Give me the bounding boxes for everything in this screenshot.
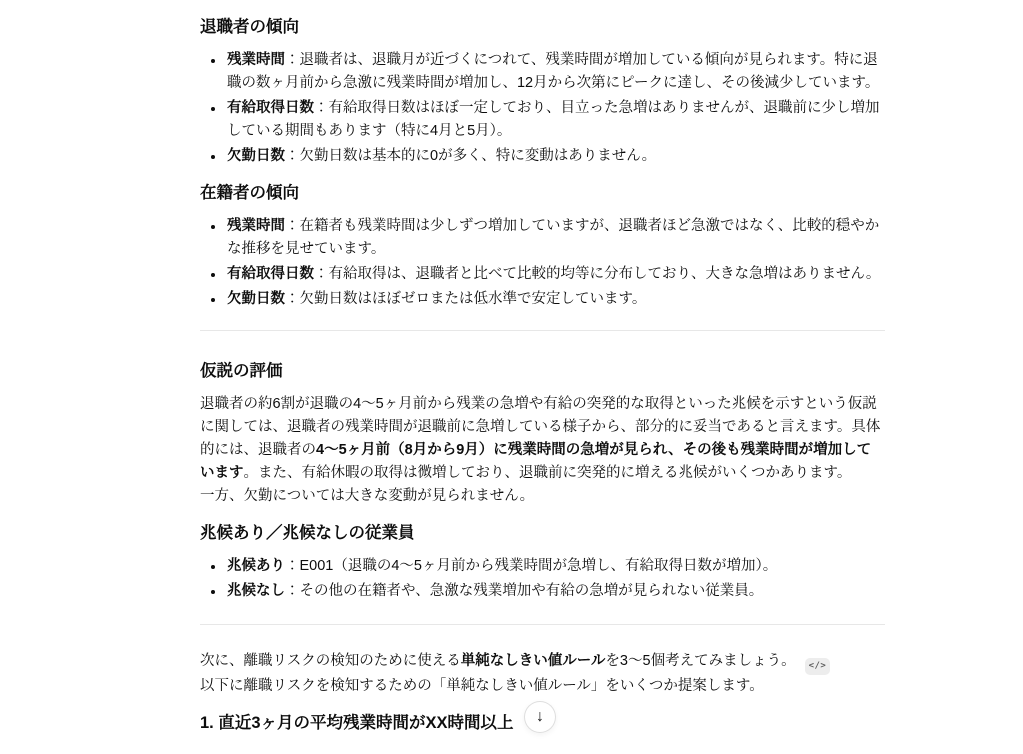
list-item-signal-no: 兆候なし：その他の在籍者や、急激な残業増加や有給の急増が見られない従業員。	[225, 580, 885, 603]
chat-conversation-page: 退職者の傾向 残業時間：退職者は、退職月が近づくにつれて、残業時間が増加している…	[0, 0, 1023, 754]
bullet-text: ：その他の在籍者や、急激な残業増加や有給の急増が見られない従業員。	[285, 583, 763, 599]
bullet-label: 兆候あり	[227, 558, 285, 574]
bullet-text: ：欠勤日数は基本的に0が多く、特に変動はありません。	[285, 148, 656, 164]
bullet-text: ：欠勤日数はほぼゼロまたは低水準で安定しています。	[285, 291, 646, 307]
bullet-label: 欠勤日数	[227, 291, 285, 307]
bullet-text: ：退職者は、退職月が近づくにつれて、残業時間が増加している傾向が見られます。特に…	[227, 52, 879, 91]
list-item-absence: 欠勤日数：欠勤日数はほぼゼロまたは低水準で安定しています。	[225, 288, 885, 311]
list-item-absence: 欠勤日数：欠勤日数は基本的に0が多く、特に変動はありません。	[225, 145, 885, 168]
paragraph-text: 。また、有給休暇の取得は微増しており、退職前に突発的に増える兆候がいくつかありま…	[244, 465, 852, 481]
heading-retiree-trends: 退職者の傾向	[200, 16, 885, 38]
assistant-message-content: 退職者の傾向 残業時間：退職者は、退職月が近づくにつれて、残業時間が増加している…	[200, 16, 885, 745]
next-step-prompt: 次に、離職リスクの検知のために使える単純なしきい値ルールを3〜5個考えてみましょ…	[200, 650, 885, 675]
retiree-trend-list: 残業時間：退職者は、退職月が近づくにつれて、残業時間が増加している傾向が見られま…	[200, 49, 885, 168]
bullet-label: 有給取得日数	[227, 100, 314, 116]
heading-signal-employees: 兆候あり／兆候なしの従業員	[200, 522, 885, 544]
bullet-label: 残業時間	[227, 52, 285, 68]
paragraph-text: を3〜5個考えてみましょう。	[605, 653, 795, 669]
absence-note-paragraph: 一方、欠勤については大きな変動が見られません。	[200, 485, 885, 508]
bullet-text: ：在籍者も残業時間は少しずつ増加していますが、退職者ほど急激ではなく、比較的穏や…	[227, 218, 879, 257]
bullet-label: 兆候なし	[227, 583, 285, 599]
signal-employee-list: 兆候あり：E001（退職の4〜5ヶ月前から残業時間が急増し、有給取得日数が増加）…	[200, 555, 885, 603]
bullet-label: 欠勤日数	[227, 148, 285, 164]
list-item-overtime: 残業時間：在籍者も残業時間は少しずつ増加していますが、退職者ほど急激ではなく、比…	[225, 215, 885, 261]
code-chip[interactable]: </>	[805, 658, 831, 675]
bullet-text: ：E001（退職の4〜5ヶ月前から残業時間が急増し、有給取得日数が増加）。	[285, 558, 777, 574]
code-icon: </>	[809, 655, 827, 678]
list-item-paid-leave: 有給取得日数：有給取得は、退職者と比べて比較的均等に分布しており、大きな急増はあ…	[225, 263, 885, 286]
bullet-text: ：有給取得日数はほぼ一定しており、目立った急増はありませんが、退職前に少し増加し…	[227, 100, 880, 139]
section-divider	[200, 624, 885, 625]
paragraph-bold-text: 単純なしきい値ルール	[461, 653, 606, 669]
bullet-label: 有給取得日数	[227, 266, 314, 282]
list-item-signal-yes: 兆候あり：E001（退職の4〜5ヶ月前から残業時間が急増し、有給取得日数が増加）…	[225, 555, 885, 578]
scroll-to-bottom-button[interactable]: ↓	[524, 701, 556, 733]
bullet-text: ：有給取得は、退職者と比べて比較的均等に分布しており、大きな急増はありません。	[314, 266, 880, 282]
heading-incumbent-trends: 在籍者の傾向	[200, 182, 885, 204]
list-item-paid-leave: 有給取得日数：有給取得日数はほぼ一定しており、目立った急増はありませんが、退職前…	[225, 97, 885, 143]
heading-hypothesis-evaluation: 仮説の評価	[200, 360, 885, 382]
hypothesis-evaluation-paragraph: 退職者の約6割が退職の4〜5ヶ月前から残業の急増や有給の突発的な取得といった兆候…	[200, 393, 885, 485]
bullet-label: 残業時間	[227, 218, 285, 234]
proposal-intro-paragraph: 以下に離職リスクを検知するための「単純なしきい値ルール」をいくつか提案します。	[200, 675, 885, 698]
list-item-overtime: 残業時間：退職者は、退職月が近づくにつれて、残業時間が増加している傾向が見られま…	[225, 49, 885, 95]
section-divider	[200, 330, 885, 331]
arrow-down-icon: ↓	[536, 709, 544, 725]
paragraph-text: 次に、離職リスクの検知のために使える	[200, 653, 461, 669]
incumbent-trend-list: 残業時間：在籍者も残業時間は少しずつ増加していますが、退職者ほど急激ではなく、比…	[200, 215, 885, 311]
